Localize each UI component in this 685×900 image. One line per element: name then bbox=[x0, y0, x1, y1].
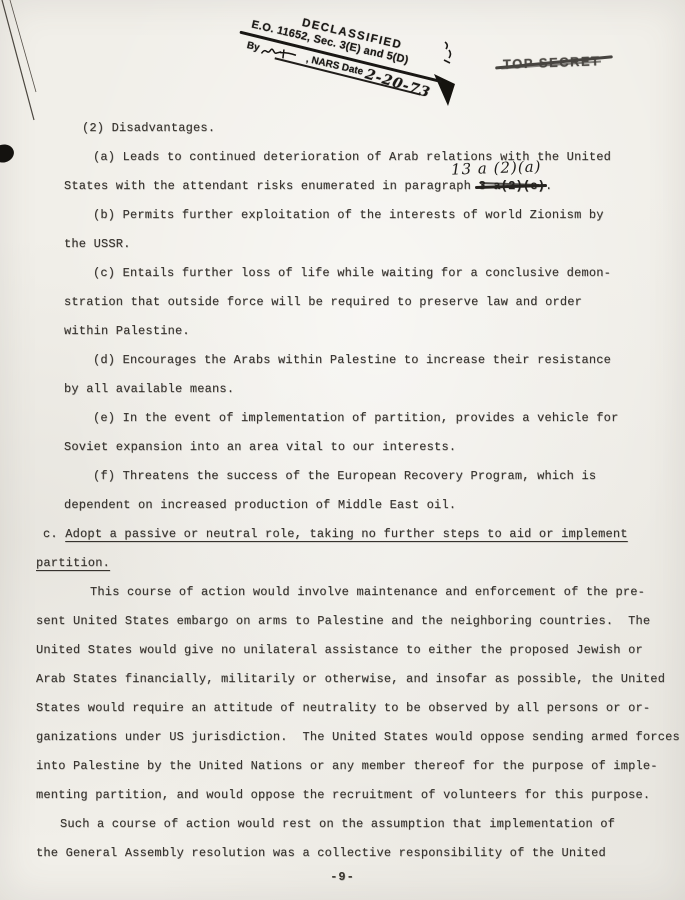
typed-text: This course of action would involve main… bbox=[90, 585, 645, 599]
text-line: sent United States embargo on arms to Pa… bbox=[36, 607, 666, 636]
text-line: c. Adopt a passive or neutral role, taki… bbox=[36, 520, 666, 549]
typed-text: (f) Threatens the success of the Europea… bbox=[93, 469, 596, 483]
text-line: dependent on increased production of Mid… bbox=[36, 491, 666, 520]
text-line: Such a course of action would rest on th… bbox=[36, 810, 666, 839]
text-line: partition. bbox=[36, 549, 666, 578]
typed-text: States would require an attitude of neut… bbox=[36, 701, 650, 715]
typed-text: United States would give no unilateral a… bbox=[36, 643, 643, 657]
text-line: within Palestine. bbox=[36, 317, 666, 346]
typed-text: ganizations under US jurisdiction. The U… bbox=[36, 730, 680, 744]
document-page: DECLASSIFIED E.O. 11652, Sec. 3(E) and 5… bbox=[0, 0, 685, 900]
typed-text: stration that outside force will be requ… bbox=[64, 295, 582, 309]
text-line: (2) Disadvantages. bbox=[36, 114, 666, 143]
typed-text: into Palestine by the United Nations or … bbox=[36, 759, 658, 773]
text-line: United States would give no unilateral a… bbox=[36, 636, 666, 665]
typed-text: (d) Encourages the Arabs within Palestin… bbox=[93, 353, 611, 367]
typed-text: the USSR. bbox=[64, 237, 131, 251]
text-line: the USSR. bbox=[36, 230, 666, 259]
scan-artifact-ink-blob bbox=[0, 142, 16, 165]
text-line: by all available means. bbox=[36, 375, 666, 404]
text-line: (b) Permits further exploitation of the … bbox=[36, 201, 666, 230]
text-line: stration that outside force will be requ… bbox=[36, 288, 666, 317]
classification-text: TOP SECRET bbox=[503, 53, 601, 71]
text-line: Arab States financially, militarily or o… bbox=[36, 665, 666, 694]
struck-reference: 3 a(2)(e) bbox=[478, 179, 545, 193]
text-line: This course of action would involve main… bbox=[36, 578, 666, 607]
typed-text: c. bbox=[43, 527, 65, 541]
top-secret-stamp: TOP SECRET bbox=[503, 53, 601, 71]
text-line: (d) Encourages the Arabs within Palestin… bbox=[36, 346, 666, 375]
typed-text: by all available means. bbox=[64, 382, 234, 396]
document-body: (2) Disadvantages.(a) Leads to continued… bbox=[36, 114, 666, 868]
text-line: the General Assembly resolution was a co… bbox=[36, 839, 666, 868]
typed-text: dependent on increased production of Mid… bbox=[64, 498, 456, 512]
text-line: States would require an attitude of neut… bbox=[36, 694, 666, 723]
page-number: -9- bbox=[0, 870, 685, 884]
typed-text: menting partition, and would oppose the … bbox=[36, 788, 650, 802]
declassified-stamp: DECLASSIFIED E.O. 11652, Sec. 3(E) and 5… bbox=[245, 6, 451, 98]
text-line: ganizations under US jurisdiction. The U… bbox=[36, 723, 666, 752]
typed-text: States with the attendant risks enumerat… bbox=[64, 179, 478, 193]
text-line: States with the attendant risks enumerat… bbox=[36, 172, 666, 201]
typed-text: (c) Entails further loss of life while w… bbox=[93, 266, 611, 280]
typed-text: Soviet expansion into an area vital to o… bbox=[64, 440, 456, 454]
text-line: (f) Threatens the success of the Europea… bbox=[36, 462, 666, 491]
typed-text: Such a course of action would rest on th… bbox=[60, 817, 615, 831]
text-line: into Palestine by the United Nations or … bbox=[36, 752, 666, 781]
typed-text: sent United States embargo on arms to Pa… bbox=[36, 614, 650, 628]
typed-text: within Palestine. bbox=[64, 324, 190, 338]
typed-text: (2) Disadvantages. bbox=[82, 121, 215, 135]
text-line: Soviet expansion into an area vital to o… bbox=[36, 433, 666, 462]
text-line: (a) Leads to continued deterioration of … bbox=[36, 143, 666, 172]
typed-text: Arab States financially, militarily or o… bbox=[36, 672, 665, 686]
underlined-text: Adopt a passive or neutral role, taking … bbox=[65, 527, 628, 541]
underlined-text: partition. bbox=[36, 556, 110, 570]
typed-text: (a) Leads to continued deterioration of … bbox=[93, 150, 611, 164]
typed-text: (b) Permits further exploitation of the … bbox=[93, 208, 604, 222]
text-line: menting partition, and would oppose the … bbox=[36, 781, 666, 810]
stamp-by-label: By bbox=[246, 40, 261, 54]
text-line: (c) Entails further loss of life while w… bbox=[36, 259, 666, 288]
text-line: (e) In the event of implementation of pa… bbox=[36, 404, 666, 433]
typed-text: the General Assembly resolution was a co… bbox=[36, 846, 606, 860]
typed-text: (e) In the event of implementation of pa… bbox=[93, 411, 618, 425]
